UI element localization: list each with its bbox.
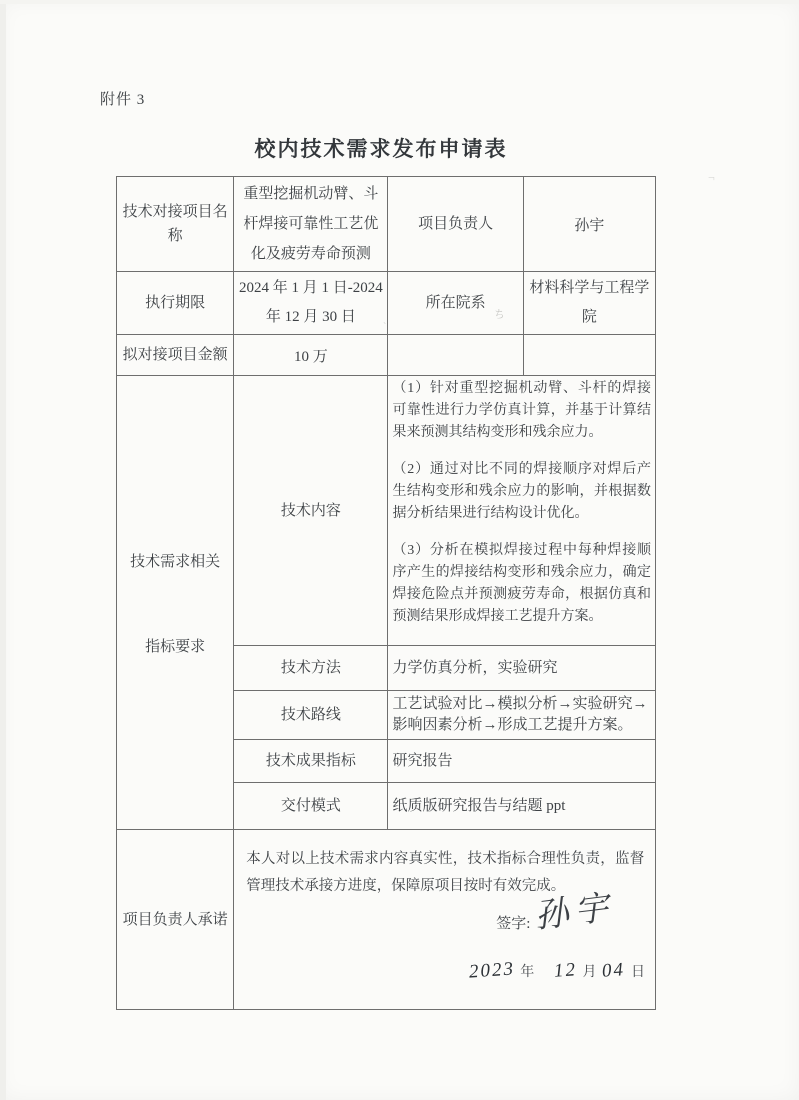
tech-section-label-line2: 指标要求 — [145, 635, 205, 656]
project-name-value: 重型挖掘机动臂、斗杆焊接可靠性工艺优化及疲劳寿命预测 — [234, 177, 388, 272]
row-execution-period: 执行期限 2024 年 1 月 1 日-2024 年 12 月 30 日 所在院… — [117, 272, 656, 335]
date-month: 12 — [553, 959, 577, 983]
commitment-cell: 本人对以上技术需求内容真实性，技术指标合理性负责，监督管理技术承接方进度，保障原… — [234, 830, 656, 1010]
amount-value: 10 万 — [234, 335, 388, 376]
handwritten-date: 2023 年 12 月 04 日 — [469, 960, 648, 982]
project-name-label: 技术对接项目名称 — [117, 177, 234, 272]
project-leader-label: 项目负责人 — [388, 177, 523, 272]
tech-section-label-line1: 技术需求相关 — [130, 550, 220, 571]
tech-outcome-value: 研究报告 — [388, 740, 656, 783]
row-amount: 拟对接项目金额 10 万 — [117, 335, 656, 376]
tech-method-value: 力学仿真分析，实验研究 — [388, 646, 656, 691]
attachment-label: 附件 3 — [100, 88, 145, 109]
form-title: 校内技术需求发布申请表 — [0, 133, 762, 163]
tech-route-label: 技术路线 — [234, 691, 388, 740]
tech-content-paragraph-1: （1）针对重型挖掘机动臂、斗杆的焊接可靠性进行力学仿真计算，并基于计算结果来预测… — [392, 378, 651, 444]
row-commitment: 项目负责人承诺 本人对以上技术需求内容真实性，技术指标合理性负责，监督管理技术承… — [117, 830, 656, 1010]
period-value: 2024 年 1 月 1 日-2024 年 12 月 30 日 — [234, 272, 388, 335]
tech-route-value: 工艺试验对比→模拟分析→实验研究→影响因素分析→形成工艺提升方案。 — [388, 691, 656, 740]
row-project-name: 技术对接项目名称 重型挖掘机动臂、斗杆焊接可靠性工艺优化及疲劳寿命预测 项目负责… — [117, 177, 656, 272]
page-edge-shadow-left — [0, 0, 6, 1100]
tech-section-group-cell: 技术需求相关 指标要求 — [117, 376, 234, 830]
row-tech-content: 技术需求相关 指标要求 技术内容 （1）针对重型挖掘机动臂、斗杆的焊接可靠性进行… — [117, 376, 656, 646]
tech-content-value: （1）针对重型挖掘机动臂、斗杆的焊接可靠性进行力学仿真计算，并基于计算结果来预测… — [388, 376, 656, 646]
tech-outcome-label: 技术成果指标 — [234, 740, 388, 783]
date-day-unit: 日 — [631, 961, 645, 981]
application-form-table: 技术对接项目名称 重型挖掘机动臂、斗杆焊接可靠性工艺优化及疲劳寿命预测 项目负责… — [116, 176, 656, 1010]
date-day: 04 — [602, 959, 626, 983]
tech-method-label: 技术方法 — [234, 646, 388, 691]
scan-artifact-2: ¬ — [708, 170, 715, 185]
tech-content-paragraph-3: （3）分析在模拟焊接过程中每种焊接顺序产生的焊接结构变形和残余应力，确定焊接危险… — [392, 540, 651, 628]
commitment-label: 项目负责人承诺 — [117, 830, 234, 1010]
delivery-mode-value: 纸质版研究报告与结题 ppt — [388, 783, 656, 830]
project-leader-value: 孙宇 — [523, 177, 655, 272]
handwritten-signature: 孙宇 — [532, 879, 617, 937]
department-label: 所在院系 — [388, 272, 523, 335]
date-year-unit: 年 — [520, 961, 534, 981]
delivery-mode-label: 交付模式 — [234, 783, 388, 830]
amount-label: 拟对接项目金额 — [117, 335, 234, 376]
date-year: 2023 — [468, 958, 515, 983]
amount-row-empty-cell-1 — [388, 335, 523, 376]
tech-content-label: 技术内容 — [234, 376, 388, 646]
scanned-document-page: 附件 3 校内技术需求发布申请表 技术对接项目名称 重型挖掘机动臂、斗杆焊接可靠… — [0, 0, 799, 1100]
signature-label: 签字: — [496, 912, 530, 933]
date-month-unit: 月 — [583, 961, 597, 981]
period-label: 执行期限 — [117, 272, 234, 335]
department-value: 材料科学与工程学院 — [523, 272, 655, 335]
tech-content-paragraph-2: （2）通过对比不同的焊接顺序对焊后产生结构变形和残余应力的影响，并根据数据分析结… — [392, 459, 651, 525]
amount-row-empty-cell-2 — [523, 335, 655, 376]
page-edge-shadow-top — [0, 0, 799, 4]
